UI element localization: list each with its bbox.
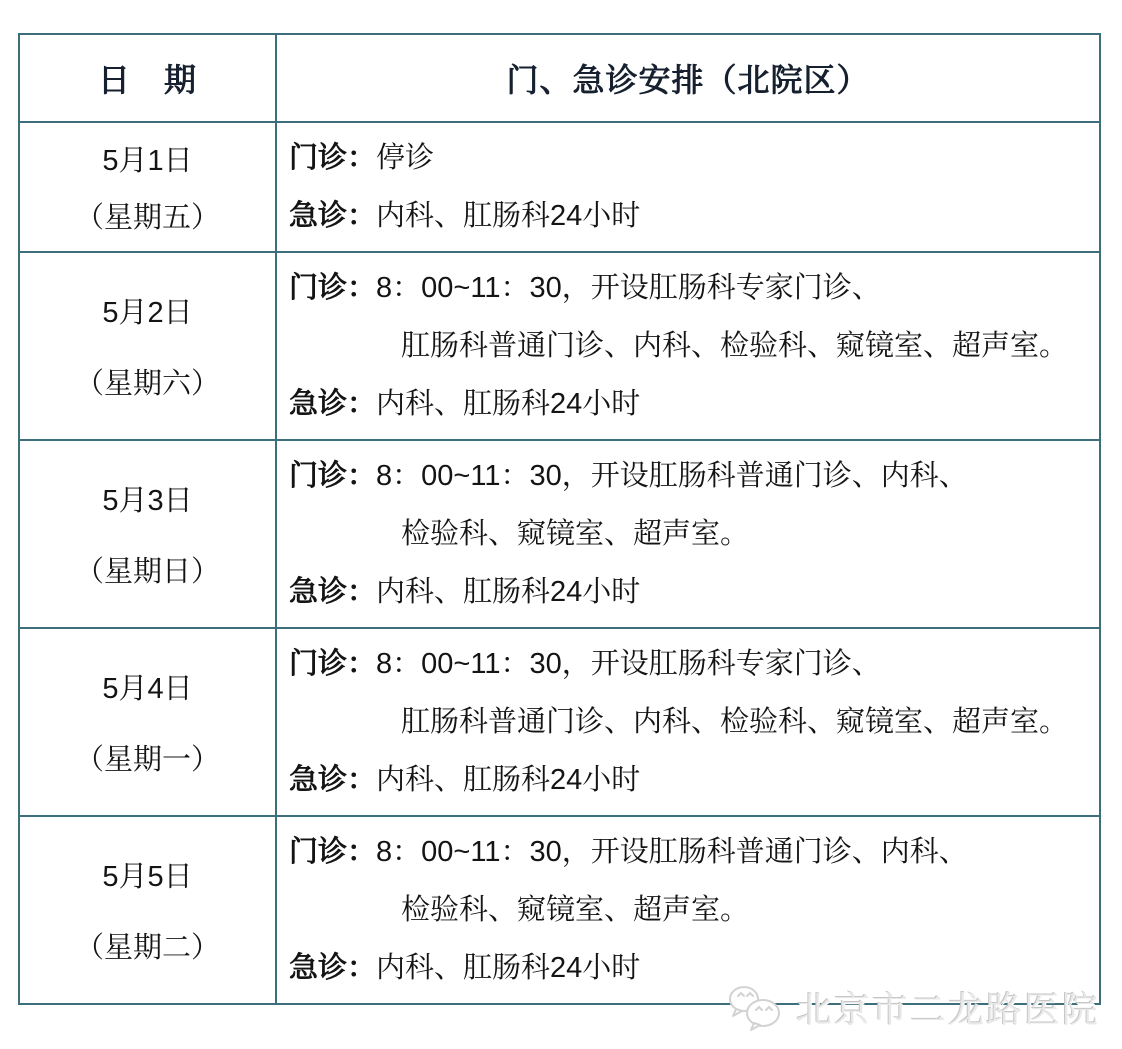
date-cell: 5月5日 （星期二） [19, 816, 276, 1004]
date-cell: 5月1日 （星期五） [19, 122, 276, 252]
schedule-line: 急诊：内科、肛肠科24小时 [289, 563, 1089, 621]
schedule-line: 急诊：内科、肛肠科24小时 [289, 187, 1089, 245]
line-label: 急诊： [289, 388, 376, 420]
line-text: 内科、肛肠科24小时 [376, 576, 640, 608]
header-date: 日 期 [19, 34, 276, 122]
line-text: 停诊 [376, 142, 434, 174]
date-cell: 5月4日 （星期一） [19, 628, 276, 816]
row-weekday: （星期日） [21, 549, 274, 590]
table-header-row: 日 期 门、急诊安排（北院区） [19, 34, 1100, 122]
line-label: 门诊： [289, 836, 376, 868]
line-label: 急诊： [289, 764, 376, 796]
header-schedule: 门、急诊安排（北院区） [276, 34, 1100, 122]
schedule-line: 急诊：内科、肛肠科24小时 [289, 751, 1089, 809]
wechat-icon [726, 983, 784, 1033]
line-label: 门诊： [289, 648, 376, 680]
schedule-line-continuation: 检验科、窥镜室、超声室。 [289, 505, 1089, 563]
line-text: 8：00~11：30，开设肛肠科普通门诊、内科、 [376, 836, 968, 868]
row-date: 5月3日 [21, 478, 274, 519]
row-date: 5月4日 [21, 666, 274, 707]
schedule-line-continuation: 检验科、窥镜室、超声室。 [289, 881, 1089, 939]
notice-page: 日 期 门、急诊安排（北院区） 5月1日 （星期五） 门诊：停诊 急诊：内科、肛… [0, 0, 1122, 1049]
schedule-line: 门诊：8：00~11：30，开设肛肠科专家门诊、 [289, 259, 1089, 317]
table-row-may5: 5月5日 （星期二） 门诊：8：00~11：30，开设肛肠科普通门诊、内科、 检… [19, 816, 1100, 1004]
watermark-text: 北京市二龙路医院 [796, 982, 1100, 1033]
line-label: 急诊： [289, 200, 376, 232]
holiday-schedule-table: 日 期 门、急诊安排（北院区） 5月1日 （星期五） 门诊：停诊 急诊：内科、肛… [18, 33, 1101, 1005]
schedule-cell: 门诊：8：00~11：30，开设肛肠科普通门诊、内科、 检验科、窥镜室、超声室。… [276, 440, 1100, 628]
line-text: 内科、肛肠科24小时 [376, 952, 640, 984]
line-label: 急诊： [289, 952, 376, 984]
row-weekday: （星期五） [21, 195, 274, 236]
line-label: 门诊： [289, 272, 376, 304]
date-cell: 5月3日 （星期日） [19, 440, 276, 628]
row-date: 5月5日 [21, 854, 274, 895]
line-text: 8：00~11：30，开设肛肠科专家门诊、 [376, 648, 881, 680]
schedule-line: 急诊：内科、肛肠科24小时 [289, 375, 1089, 433]
row-weekday: （星期二） [21, 925, 274, 966]
schedule-cell: 门诊：8：00~11：30，开设肛肠科普通门诊、内科、 检验科、窥镜室、超声室。… [276, 816, 1100, 1004]
row-weekday: （星期六） [21, 361, 274, 402]
line-text: 8：00~11：30，开设肛肠科专家门诊、 [376, 272, 881, 304]
line-text: 检验科、窥镜室、超声室。 [401, 518, 749, 550]
schedule-line: 门诊：8：00~11：30，开设肛肠科普通门诊、内科、 [289, 823, 1089, 881]
table-row-may3: 5月3日 （星期日） 门诊：8：00~11：30，开设肛肠科普通门诊、内科、 检… [19, 440, 1100, 628]
line-text: 内科、肛肠科24小时 [376, 200, 640, 232]
schedule-line: 门诊：停诊 [289, 129, 1089, 187]
schedule-cell: 门诊：8：00~11：30，开设肛肠科专家门诊、 肛肠科普通门诊、内科、检验科、… [276, 628, 1100, 816]
line-text: 肛肠科普通门诊、内科、检验科、窥镜室、超声室。 [401, 330, 1068, 362]
table-row-may2: 5月2日 （星期六） 门诊：8：00~11：30，开设肛肠科专家门诊、 肛肠科普… [19, 252, 1100, 440]
table-row-may4: 5月4日 （星期一） 门诊：8：00~11：30，开设肛肠科专家门诊、 肛肠科普… [19, 628, 1100, 816]
line-text: 8：00~11：30，开设肛肠科普通门诊、内科、 [376, 460, 968, 492]
schedule-line: 门诊：8：00~11：30，开设肛肠科普通门诊、内科、 [289, 447, 1089, 505]
line-label: 急诊： [289, 576, 376, 608]
schedule-cell: 门诊：8：00~11：30，开设肛肠科专家门诊、 肛肠科普通门诊、内科、检验科、… [276, 252, 1100, 440]
wechat-watermark: 北京市二龙路医院 [726, 982, 1100, 1033]
schedule-line-continuation: 肛肠科普通门诊、内科、检验科、窥镜室、超声室。 [289, 693, 1089, 751]
line-text: 检验科、窥镜室、超声室。 [401, 894, 749, 926]
line-text: 肛肠科普通门诊、内科、检验科、窥镜室、超声室。 [401, 706, 1068, 738]
row-date: 5月2日 [21, 290, 274, 331]
schedule-cell: 门诊：停诊 急诊：内科、肛肠科24小时 [276, 122, 1100, 252]
line-text: 内科、肛肠科24小时 [376, 764, 640, 796]
row-date: 5月1日 [21, 138, 274, 179]
line-text: 内科、肛肠科24小时 [376, 388, 640, 420]
line-label: 门诊： [289, 142, 376, 174]
schedule-line: 门诊：8：00~11：30，开设肛肠科专家门诊、 [289, 635, 1089, 693]
date-cell: 5月2日 （星期六） [19, 252, 276, 440]
row-weekday: （星期一） [21, 737, 274, 778]
table-row-may1: 5月1日 （星期五） 门诊：停诊 急诊：内科、肛肠科24小时 [19, 122, 1100, 252]
schedule-line-continuation: 肛肠科普通门诊、内科、检验科、窥镜室、超声室。 [289, 317, 1089, 375]
line-label: 门诊： [289, 460, 376, 492]
